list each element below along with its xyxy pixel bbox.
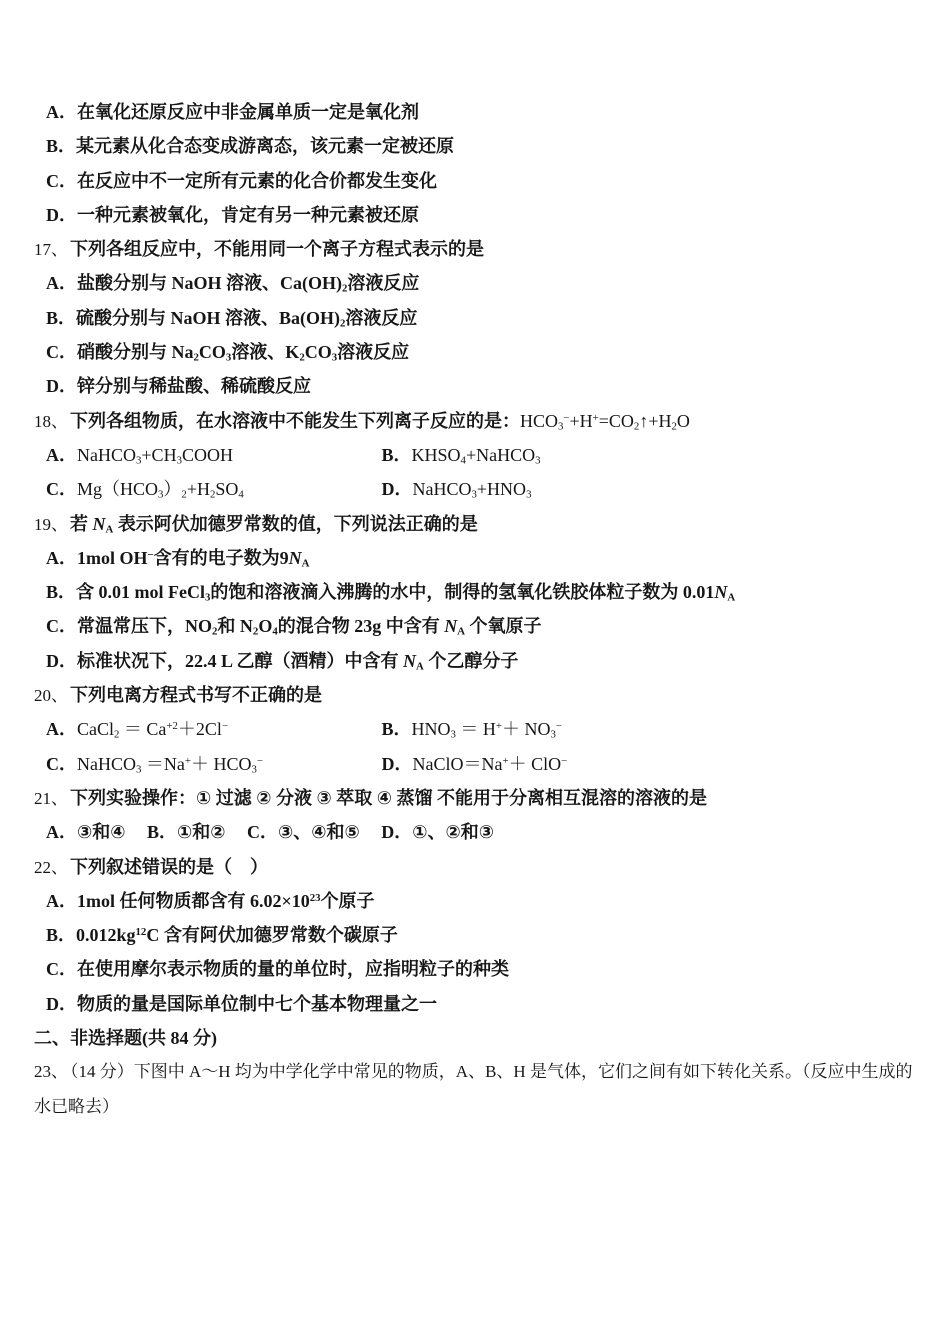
q17-option-c: C．硝酸分别与 Na2CO3溶液、K2CO3溶液反应	[0, 335, 950, 369]
option-label: B．	[147, 822, 177, 842]
q17-option-d: D．锌分别与稀盐酸、稀硫酸反应	[0, 369, 950, 403]
q21-options-row: A．③和④ B．①和② C．③、④和⑤ D．①、②和③	[0, 815, 950, 849]
option-text: NaHCO3+HNO3	[413, 479, 532, 499]
option-text: 某元素从化合态变成游离态，该元素一定被还原	[76, 136, 454, 156]
option-label: D．	[382, 754, 413, 774]
option-label: B．	[46, 136, 76, 156]
option-label: C．	[247, 822, 278, 842]
q18-option-c: C．Mg（HCO3）2+H2SO4	[46, 472, 377, 506]
q18-options-row-2: C．Mg（HCO3）2+H2SO4 D．NaHCO3+HNO3	[0, 472, 950, 506]
q16-option-d: D．一种元素被氧化，肯定有另一种元素被还原	[0, 198, 950, 232]
option-text: 1mol OH−含有的电子数为9NA	[77, 548, 309, 568]
q20-options-row-2: C．NaHCO3 ＝Na+＋ HCO3− D．NaClO＝Na+＋ ClO−	[0, 747, 950, 781]
option-text: 1mol 任何物质都含有 6.02×1023个原子	[77, 891, 375, 911]
q20-header: 20、下列电离方程式书写不正确的是	[0, 678, 950, 712]
option-text: ③和④	[77, 822, 125, 842]
option-label: D．	[46, 205, 77, 225]
option-text: 标准状况下，22.4 L 乙醇（酒精）中含有 NA 个乙醇分子	[77, 651, 518, 671]
q20-option-c: C．NaHCO3 ＝Na+＋ HCO3−	[46, 747, 377, 781]
option-text: HNO3 ＝ H+＋ NO3−	[412, 719, 563, 739]
option-text: 盐酸分别与 NaOH 溶液、Ca(OH)2溶液反应	[77, 273, 419, 293]
q18-header: 18、下列各组物质，在水溶液中不能发生下列离子反应的是：HCO3−+H+=CO2…	[0, 404, 950, 438]
q16-option-b: B．某元素从化合态变成游离态，该元素一定被还原	[0, 129, 950, 163]
q20-options-row-1: A．CaCl2 ＝ Ca+2＋2Cl− B．HNO3 ＝ H+＋ NO3−	[0, 712, 950, 746]
option-text: 含 0.01 mol FeCl3的饱和溶液滴入沸腾的水中，制得的氢氧化铁胶体粒子…	[76, 582, 735, 602]
option-label: C．	[46, 616, 77, 636]
option-text: 在反应中不一定所有元素的化合价都发生变化	[77, 171, 437, 191]
option-text: 0.012kg12C 含有阿伏加德罗常数个碳原子	[76, 925, 398, 945]
q16-option-a: A．在氧化还原反应中非金属单质一定是氧化剂	[0, 95, 950, 129]
q21-option-c: C．③、④和⑤	[247, 822, 360, 842]
option-label: D．	[46, 376, 77, 396]
option-text: NaHCO3 ＝Na+＋ HCO3−	[77, 754, 263, 774]
option-label: A．	[46, 445, 77, 465]
question-number: 20、	[34, 686, 68, 705]
question-number: 22、	[34, 858, 68, 877]
option-text: ①和②	[177, 822, 225, 842]
option-text: 在使用摩尔表示物质的量的单位时，应指明粒子的种类	[77, 959, 509, 979]
question-title: 下列各组物质，在水溶液中不能发生下列离子反应的是：	[70, 411, 520, 431]
option-text: CaCl2 ＝ Ca+2＋2Cl−	[77, 719, 228, 739]
q20-option-b: B．HNO3 ＝ H+＋ NO3−	[382, 719, 563, 739]
q18-option-b: B．KHSO4+NaHCO3	[382, 445, 541, 465]
option-label: B．	[46, 308, 76, 328]
option-text: 锌分别与稀盐酸、稀硫酸反应	[77, 376, 311, 396]
question-title: 下列叙述错误的是（ ）	[70, 857, 268, 877]
q22-option-a: A．1mol 任何物质都含有 6.02×1023个原子	[0, 884, 950, 918]
q22-option-b: B．0.012kg12C 含有阿伏加德罗常数个碳原子	[0, 918, 950, 952]
q16-option-c: C．在反应中不一定所有元素的化合价都发生变化	[0, 164, 950, 198]
option-text: 常温常压下，NO2和 N2O4的混合物 23g 中含有 NA 个氧原子	[77, 616, 542, 636]
option-text: 物质的量是国际单位制中七个基本物理量之一	[77, 994, 437, 1014]
q21-option-d: D．①、②和③	[381, 822, 494, 842]
q19-option-d: D．标准状况下，22.4 L 乙醇（酒精）中含有 NA 个乙醇分子	[0, 644, 950, 678]
q19-option-a: A．1mol OH−含有的电子数为9NA	[0, 541, 950, 575]
q17-option-b: B．硫酸分别与 NaOH 溶液、Ba(OH)2溶液反应	[0, 301, 950, 335]
q22-option-c: C．在使用摩尔表示物质的量的单位时，应指明粒子的种类	[0, 952, 950, 986]
q23-text-line-1: 23、（14 分）下图中 A～H 均为中学化学中常见的物质，A、B、H 是气体，…	[0, 1055, 950, 1089]
q22-option-d: D．物质的量是国际单位制中七个基本物理量之一	[0, 987, 950, 1021]
question-title: 下列各组反应中，不能用同一个离子方程式表示的是	[70, 239, 484, 259]
option-text: ①、②和③	[412, 822, 494, 842]
question-number: 21、	[34, 789, 68, 808]
option-text: KHSO4+NaHCO3	[412, 445, 541, 465]
option-label: D．	[46, 994, 77, 1014]
option-text: Mg（HCO3）2+H2SO4	[77, 479, 244, 499]
question-title: 下列电离方程式书写不正确的是	[70, 685, 322, 705]
q17-option-a: A．盐酸分别与 NaOH 溶液、Ca(OH)2溶液反应	[0, 266, 950, 300]
option-label: B．	[46, 582, 76, 602]
q18-option-d: D．NaHCO3+HNO3	[382, 479, 532, 499]
q19-header: 19、若 NA 表示阿伏加德罗常数的值，下列说法正确的是	[0, 507, 950, 541]
question-title: 若 NA 表示阿伏加德罗常数的值，下列说法正确的是	[70, 514, 478, 534]
option-label: B．	[382, 445, 412, 465]
option-text: NaHCO3+CH3COOH	[77, 445, 233, 465]
option-text: 在氧化还原反应中非金属单质一定是氧化剂	[77, 102, 419, 122]
q21-header: 21、下列实验操作：① 过滤 ② 分液 ③ 萃取 ④ 蒸馏 不能用于分离相互混溶…	[0, 781, 950, 815]
question-title: 下列实验操作：① 过滤 ② 分液 ③ 萃取 ④ 蒸馏 不能用于分离相互混溶的溶液…	[70, 788, 707, 808]
option-label: D．	[46, 651, 77, 671]
q22-header: 22、下列叙述错误的是（ ）	[0, 850, 950, 884]
option-label: A．	[46, 822, 77, 842]
q19-option-b: B．含 0.01 mol FeCl3的饱和溶液滴入沸腾的水中，制得的氢氧化铁胶体…	[0, 575, 950, 609]
q21-option-a: A．③和④	[46, 822, 125, 842]
option-label: D．	[381, 822, 412, 842]
option-label: C．	[46, 342, 77, 362]
question-number: 17、	[34, 240, 68, 259]
question-text: 水已略去）	[34, 1097, 119, 1116]
question-text: （14 分）下图中 A～H 均为中学化学中常见的物质，A、B、H 是气体，它们之…	[70, 1062, 912, 1081]
option-label: A．	[46, 102, 77, 122]
q21-option-b: B．①和②	[147, 822, 226, 842]
option-label: A．	[46, 891, 77, 911]
option-text: NaClO＝Na+＋ ClO−	[413, 754, 568, 774]
question-number: 18、	[34, 412, 68, 431]
q20-option-a: A．CaCl2 ＝ Ca+2＋2Cl−	[46, 712, 377, 746]
exam-page: A．在氧化还原反应中非金属单质一定是氧化剂 B．某元素从化合态变成游离态，该元素…	[0, 0, 950, 1124]
option-label: A．	[46, 719, 77, 739]
option-label: B．	[46, 925, 76, 945]
q18-option-a: A．NaHCO3+CH3COOH	[46, 438, 377, 472]
ion-equation: HCO3−+H+=CO2↑+H2O	[520, 411, 690, 431]
option-text: 硫酸分别与 NaOH 溶液、Ba(OH)2溶液反应	[76, 308, 417, 328]
q23-text-line-2: 水已略去）	[0, 1090, 950, 1124]
option-label: C．	[46, 171, 77, 191]
option-label: D．	[382, 479, 413, 499]
question-number: 23、	[34, 1062, 68, 1081]
option-label: A．	[46, 548, 77, 568]
section-2-heading: 二、非选择题(共 84 分)	[0, 1021, 950, 1055]
option-label: C．	[46, 959, 77, 979]
q18-options-row-1: A．NaHCO3+CH3COOH B．KHSO4+NaHCO3	[0, 438, 950, 472]
q20-option-d: D．NaClO＝Na+＋ ClO−	[382, 754, 568, 774]
option-label: B．	[382, 719, 412, 739]
section-heading-text: 二、非选择题(共 84 分)	[34, 1028, 217, 1048]
q19-option-c: C．常温常压下，NO2和 N2O4的混合物 23g 中含有 NA 个氧原子	[0, 609, 950, 643]
q17-header: 17、下列各组反应中，不能用同一个离子方程式表示的是	[0, 232, 950, 266]
option-text: 一种元素被氧化，肯定有另一种元素被还原	[77, 205, 419, 225]
option-text: 硝酸分别与 Na2CO3溶液、K2CO3溶液反应	[77, 342, 409, 362]
question-number: 19、	[34, 515, 68, 534]
option-text: ③、④和⑤	[278, 822, 360, 842]
option-label: A．	[46, 273, 77, 293]
option-label: C．	[46, 479, 77, 499]
option-label: C．	[46, 754, 77, 774]
